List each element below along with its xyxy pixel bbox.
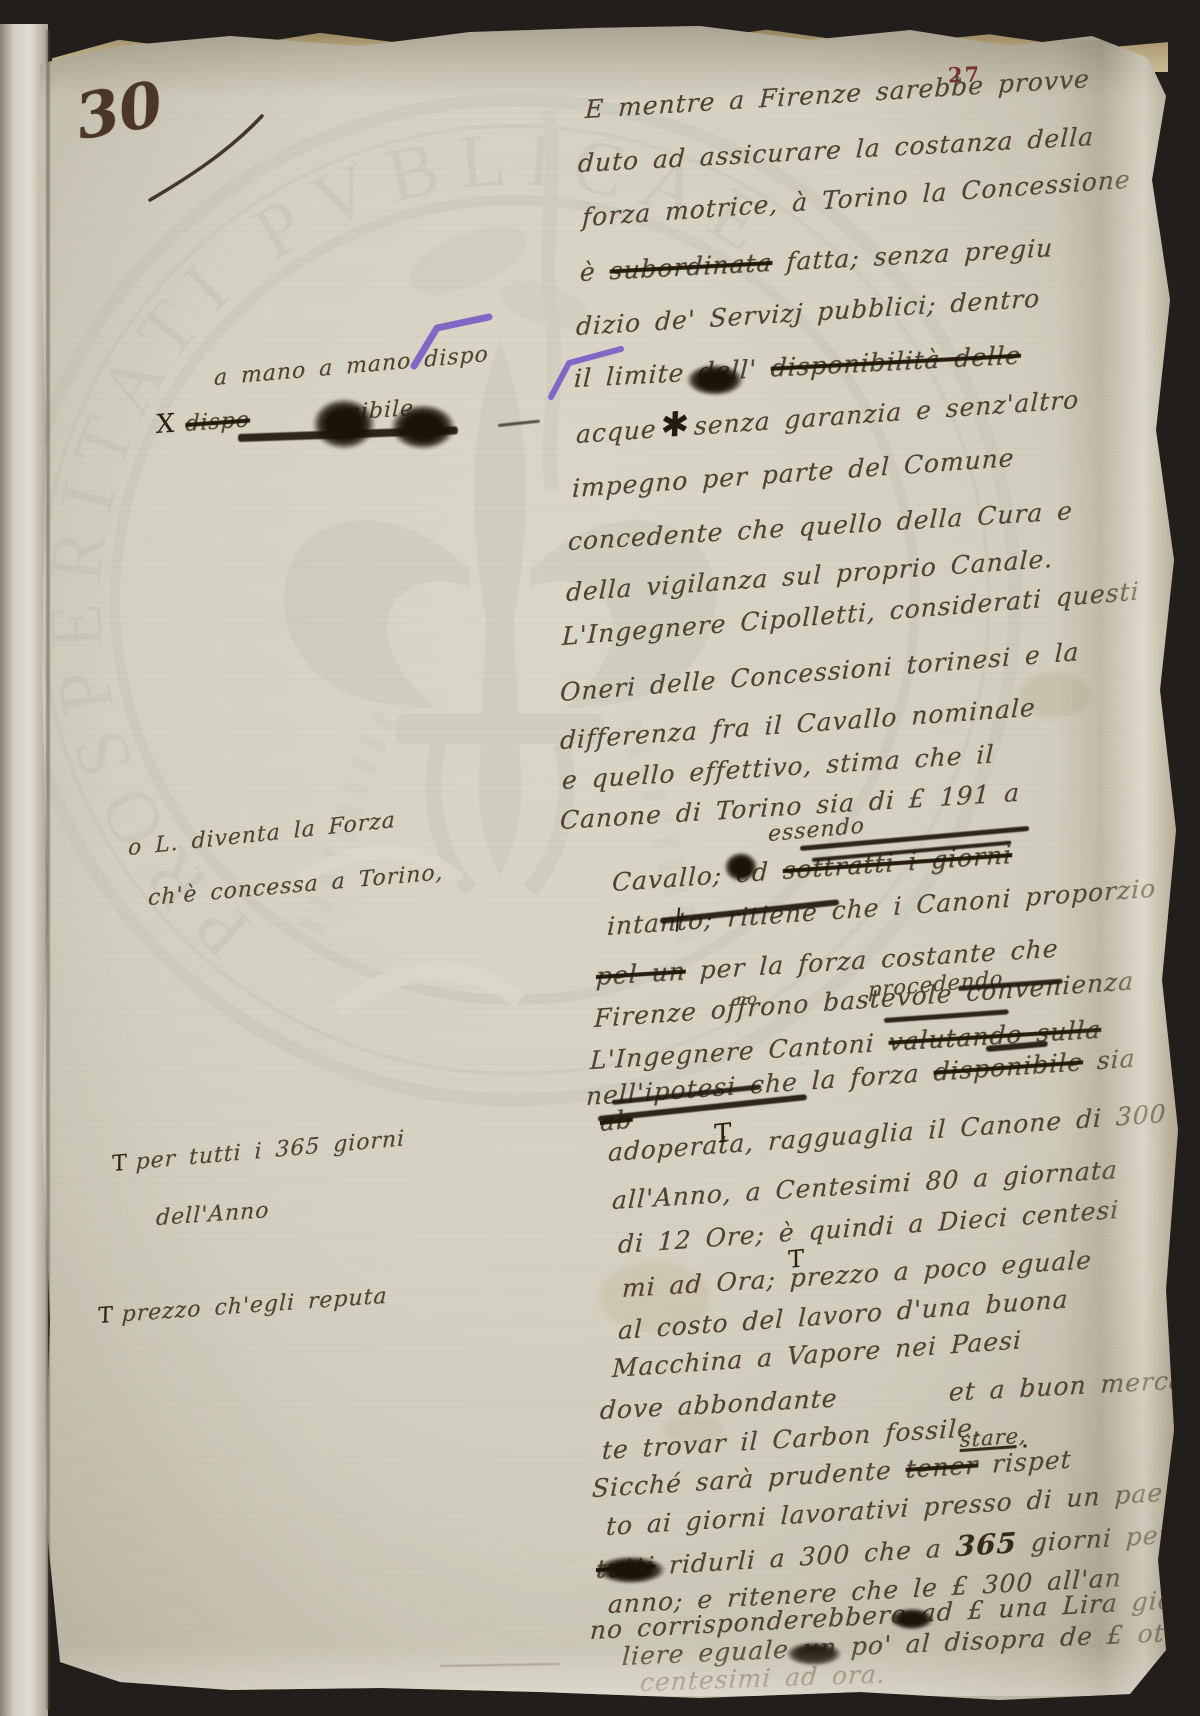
manuscript-page: PROSPERITATI PVBLICAE [0,0,1200,1716]
binding-crease [46,30,50,1710]
vignette-shading [0,0,1200,1716]
adjacent-page-edge [0,24,48,1716]
manuscript-scan: PROSPERITATI PVBLICAE [0,0,1200,1716]
